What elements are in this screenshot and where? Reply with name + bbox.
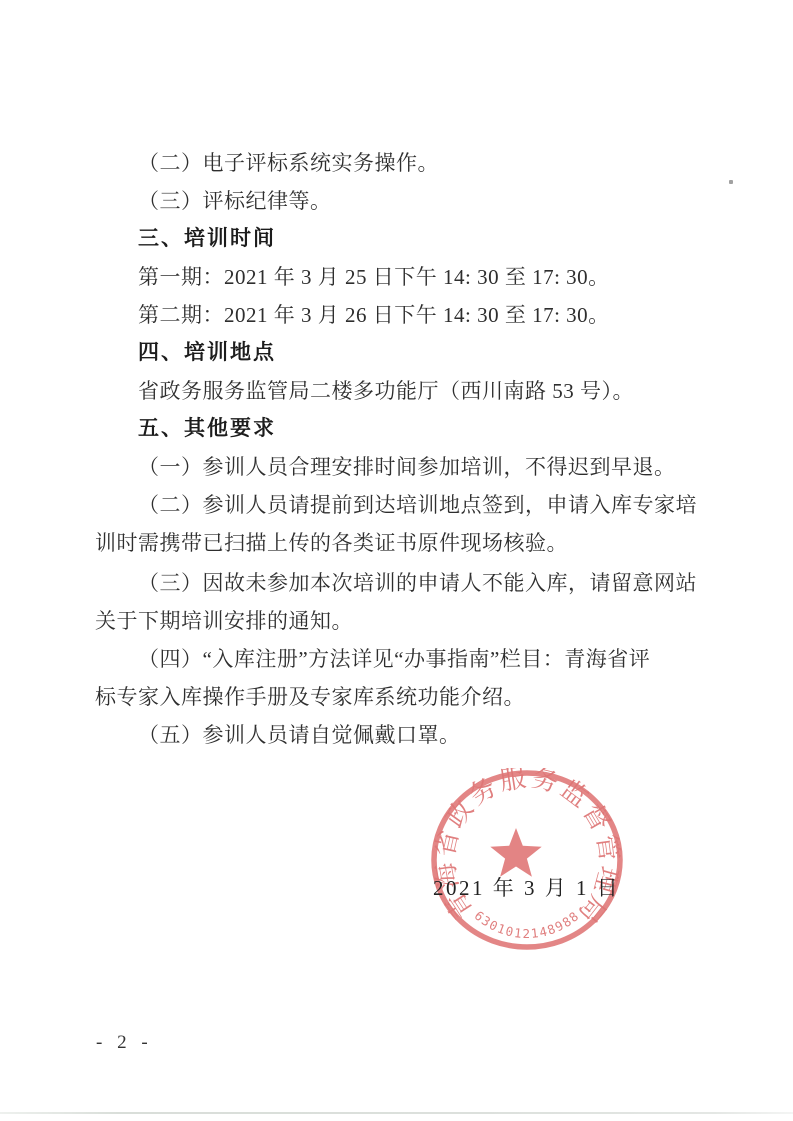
scan-edge-line (0, 1112, 793, 1114)
scan-artifact-dot (729, 180, 733, 184)
body-line: （三）因故未参加本次培训的申请人不能入库，请留意网站 (95, 564, 710, 602)
body-line: 标专家入库操作手册及专家库系统功能介绍。 (95, 678, 710, 716)
body-line: （五）参训人员请自觉佩戴口罩。 (95, 716, 710, 754)
document-page: （二）电子评标系统实务操作。 （三）评标纪律等。 三、培训时间 第一期：2021… (0, 0, 793, 1121)
section-heading-5: 五、其他要求 (95, 410, 710, 448)
section-heading-3: 三、培训时间 (95, 220, 710, 258)
issue-date: 2021 年 3 月 1 日 (433, 872, 620, 902)
body-line: 第一期：2021 年 3 月 25 日下午 14: 30 至 17: 30。 (95, 258, 710, 296)
svg-text:6301012148988: 6301012148988 (472, 908, 583, 941)
body-line: （二）参训人员请提前到达培训地点签到，申请入库专家培 (95, 486, 710, 524)
body-line: （四）“入库注册”方法详见“办事指南”栏目：青海省评 (95, 640, 710, 678)
body-line: （二）电子评标系统实务操作。 (95, 144, 710, 182)
body-line: （一）参训人员合理安排时间参加培训，不得迟到早退。 (95, 448, 710, 486)
section-heading-4: 四、培训地点 (95, 334, 710, 372)
body-line: （三）评标纪律等。 (95, 182, 710, 220)
seal-star-icon (490, 828, 541, 877)
document-body: （二）电子评标系统实务操作。 （三）评标纪律等。 三、培训时间 第一期：2021… (95, 144, 710, 754)
page-number: - 2 - (96, 1032, 153, 1054)
body-line: 关于下期培训安排的通知。 (95, 602, 710, 640)
seal-serial-number: 6301012148988 (472, 908, 583, 941)
body-line: 第二期：2021 年 3 月 26 日下午 14: 30 至 17: 30。 (95, 296, 710, 334)
body-line: 省政务服务监管局二楼多功能厅（西川南路 53 号）。 (95, 372, 710, 410)
body-line: 训时需携带已扫描上传的各类证书原件现场核验。 (95, 524, 710, 562)
official-seal: 青海省政务服务监督管理局 6301012148988 (430, 768, 630, 958)
